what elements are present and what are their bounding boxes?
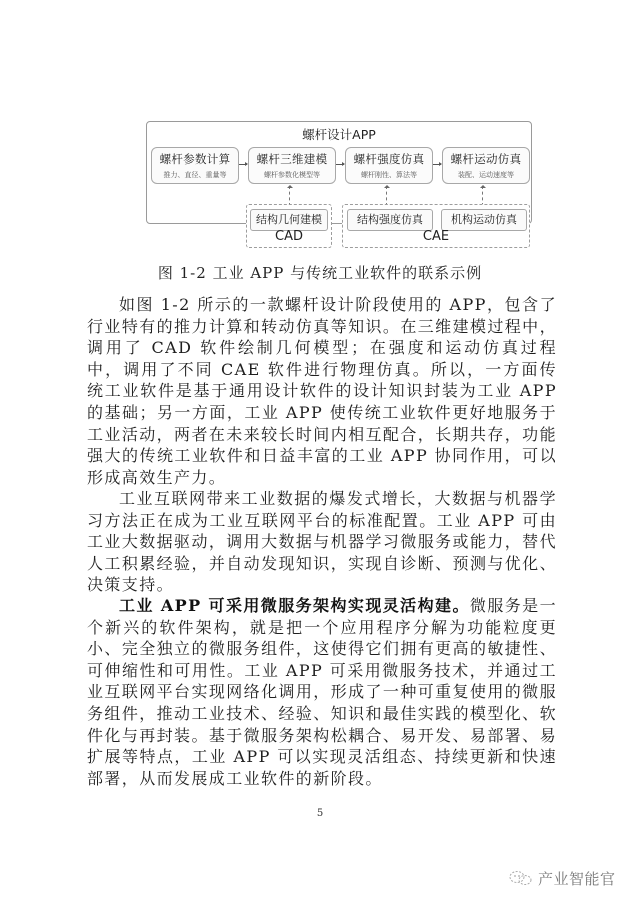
cad-item-geometry: 结构几何建模 (250, 209, 328, 231)
cae-frame: 结构强度仿真 机构运动仿真 CAE (342, 204, 530, 248)
paragraph-text: 工业互联网带来工业数据的爆发式增长，大数据与机器学习方法正在成为工业互联网平台的… (87, 488, 557, 596)
paragraph-1: 如图 1-2 所示的一款螺杆设计阶段使用的 APP，包含了行业特有的推力计算和转… (87, 294, 557, 488)
module-subtitle: 螺杆刚性、算法等 (346, 170, 432, 180)
figure-diagram: 螺杆设计APP 螺杆参数计算 推力、直径、重量等 螺杆三维建模 螺杆参数化模型等… (0, 0, 640, 250)
module-title: 螺杆强度仿真 (346, 151, 432, 167)
app-title: 螺杆设计APP (147, 125, 531, 143)
paragraph-text: 工业 APP 可采用微服务架构实现灵活构建。微服务是一个新兴的软件架构，就是把一… (87, 595, 557, 789)
figure-caption: 图 1-2 工业 APP 与传统工业软件的联系示例 (0, 262, 640, 283)
module-3d-modeling: 螺杆三维建模 螺杆参数化模型等 (248, 147, 336, 184)
cae-item-strength: 结构强度仿真 (347, 209, 433, 231)
module-subtitle: 螺杆参数化模型等 (249, 170, 335, 180)
paragraph-text: 如图 1-2 所示的一款螺杆设计阶段使用的 APP，包含了行业特有的推力计算和转… (87, 294, 557, 488)
module-subtitle: 推力、直径、重量等 (152, 170, 238, 180)
bidirectional-arrow-icon (289, 186, 290, 206)
module-title: 螺杆运动仿真 (443, 151, 529, 167)
arrow-right-icon (239, 164, 247, 165)
cae-label: CAE (343, 229, 529, 244)
paragraph-lead-bold: 工业 APP 可采用微服务架构实现灵活构建。 (119, 596, 470, 615)
arrow-right-icon (433, 164, 441, 165)
cad-label: CAD (247, 229, 331, 244)
paragraph-body: 微服务是一个新兴的软件架构，就是把一个应用程序分解为功能粒度更小、完全独立的微服… (87, 596, 557, 788)
cad-frame: 结构几何建模 CAD (246, 204, 332, 248)
cae-item-motion: 机构运动仿真 (441, 209, 527, 231)
bidirectional-arrow-icon (386, 186, 387, 206)
bidirectional-arrow-icon (482, 186, 483, 206)
module-motion-sim: 螺杆运动仿真 装配、运动速度等 (442, 147, 530, 184)
watermark: 产业智能官 (508, 866, 616, 890)
module-title: 螺杆三维建模 (249, 151, 335, 167)
paragraph-2: 工业互联网带来工业数据的爆发式增长，大数据与机器学习方法正在成为工业互联网平台的… (87, 488, 557, 596)
arrow-right-icon (336, 164, 344, 165)
module-strength-sim: 螺杆强度仿真 螺杆刚性、算法等 (345, 147, 433, 184)
page-number: 5 (0, 808, 640, 819)
module-subtitle: 装配、运动速度等 (443, 170, 529, 180)
module-parameter-calc: 螺杆参数计算 推力、直径、重量等 (151, 147, 239, 184)
wechat-logo-icon (508, 869, 534, 887)
module-title: 螺杆参数计算 (152, 151, 238, 167)
paragraph-3: 工业 APP 可采用微服务架构实现灵活构建。微服务是一个新兴的软件架构，就是把一… (87, 595, 557, 789)
watermark-text: 产业智能官 (538, 868, 616, 889)
